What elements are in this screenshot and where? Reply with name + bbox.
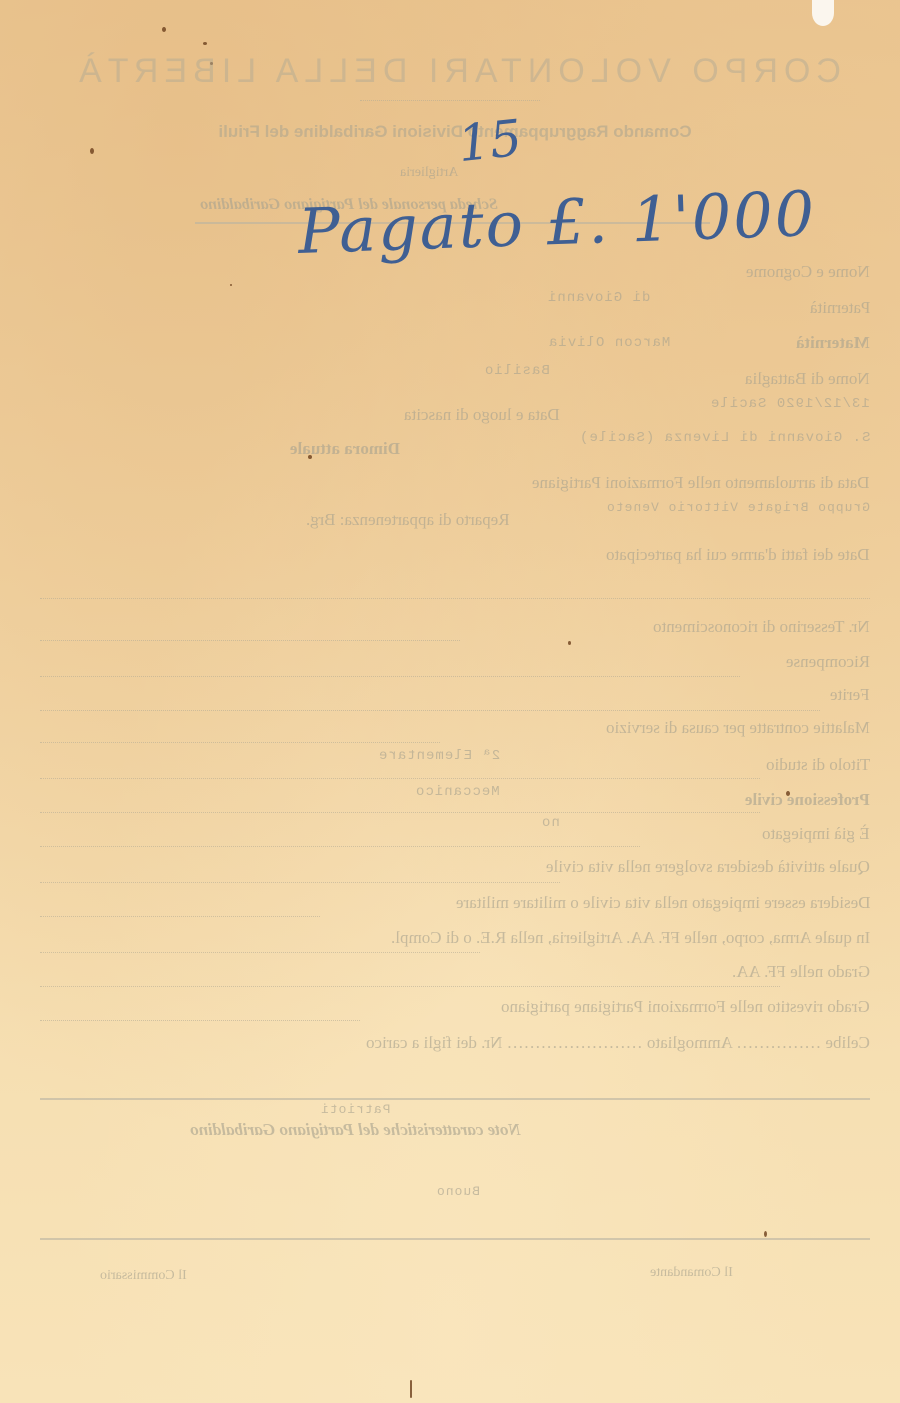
paper-speck xyxy=(162,27,166,32)
divider xyxy=(40,882,560,884)
field-value-professione: Meccanico xyxy=(415,784,500,800)
paper-speck xyxy=(764,1231,767,1237)
divider xyxy=(40,846,640,848)
bleed-through-subtitle: Comando Raggruppamento Divisioni Garibal… xyxy=(110,122,800,142)
field-value-impiegato: no xyxy=(541,815,560,831)
field-value-dimora: S. Giovanni di Livenza (Sacile) xyxy=(579,430,870,446)
field-row-impiego: Desidera essere impiegato nella vita civ… xyxy=(456,893,870,913)
divider xyxy=(40,916,320,918)
field-row-maternita: Maternità xyxy=(796,333,870,353)
field-row-reparto: Reparto di appartenenza: Brg. xyxy=(306,510,510,530)
field-row-malattie: Malattie contratte per causa di servizio xyxy=(606,718,870,738)
field-row-attivita: Quale attività desidera svolgere nella v… xyxy=(546,857,870,877)
field-value-maternita: Marcon Olivia xyxy=(548,335,670,351)
divider xyxy=(40,676,740,678)
field-row-titolo-studio: Titolo di studio xyxy=(766,755,870,775)
field-row-tesserino: Nr. Tesserino di riconoscimento xyxy=(653,617,870,637)
field-row-nome-battaglia: Nome di Battaglia xyxy=(745,369,870,389)
field-row-impiegato: È già impiegato xyxy=(762,824,870,844)
paper-speck xyxy=(410,1380,412,1398)
field-value-nascita: 13/12/1920 Sacile xyxy=(710,396,870,412)
field-row-grado-ffaa: Grado nelle FF. AA. xyxy=(732,962,870,982)
field-row-dimora: Dimora attuale xyxy=(290,439,400,459)
bleed-through-signature-left: Il Commissario xyxy=(100,1268,187,1284)
field-row-paternita: Paternità xyxy=(810,298,870,318)
field-value-reparto: Gruppo Brigate Vittorio Veneto xyxy=(606,500,870,515)
torn-paper-notch xyxy=(812,0,834,26)
bleed-through-notes-title: Note caratteristiche del Partigiano Gari… xyxy=(190,1120,521,1140)
divider xyxy=(40,598,870,600)
handwritten-payment-note: Pagato £. 1'000 xyxy=(297,177,817,268)
divider xyxy=(40,710,820,712)
bleed-through-title: CORPO VOLONTARI DELLA LIBERTÀ xyxy=(62,52,852,91)
field-row-stato-civile: Celibe …………… Ammogliato …………………… Nr. dei… xyxy=(366,1033,870,1053)
field-row-ricompense: Ricompense xyxy=(786,652,870,672)
divider xyxy=(40,986,780,988)
divider xyxy=(40,812,760,814)
field-row-nome: Nome e Cognome xyxy=(746,262,870,282)
field-row-arma: In quale Arma, corpo, nelle FF. AA. Arti… xyxy=(391,928,870,948)
divider xyxy=(40,1238,870,1241)
paper-speck xyxy=(230,284,232,286)
bleed-through-stamp: Artiglieria xyxy=(400,165,458,181)
paper-speck xyxy=(568,641,571,645)
field-row-arruolamento: Data di arruolamento nelle Formazioni Pa… xyxy=(532,473,870,493)
handwritten-number: 15 xyxy=(455,109,524,173)
field-value-paternita: di Giovanni xyxy=(547,290,650,306)
divider xyxy=(40,1020,360,1022)
bleed-through-notes-stamp: Patrioti xyxy=(320,1102,390,1117)
field-row-nascita: Data e luogo di nascita xyxy=(404,405,560,425)
scanned-document-page: CORPO VOLONTARI DELLA LIBERTÀ Comando Ra… xyxy=(0,0,900,1403)
field-value-titolo-studio: 2ª Elementare xyxy=(378,748,500,764)
field-row-fatti-arme: Date dei fatti d'arme cui ha partecipato xyxy=(606,545,870,565)
field-row-grado-partigiano: Grado rivestito nelle Formazioni Partigi… xyxy=(501,997,870,1017)
divider xyxy=(40,640,460,642)
field-row-professione: Professione civile xyxy=(745,790,870,810)
bleed-through-signature-right: Il Comandante xyxy=(650,1265,733,1281)
field-row-ferite: Ferite xyxy=(830,685,870,705)
divider xyxy=(40,742,440,744)
divider xyxy=(360,100,540,102)
paper-speck xyxy=(203,42,207,45)
divider xyxy=(40,778,760,780)
field-value-nome-battaglia: Basilio xyxy=(484,363,550,379)
divider xyxy=(40,1098,870,1101)
paper-speck xyxy=(90,148,94,154)
bleed-through-notes-value: Buono xyxy=(436,1184,480,1199)
divider xyxy=(40,952,480,954)
